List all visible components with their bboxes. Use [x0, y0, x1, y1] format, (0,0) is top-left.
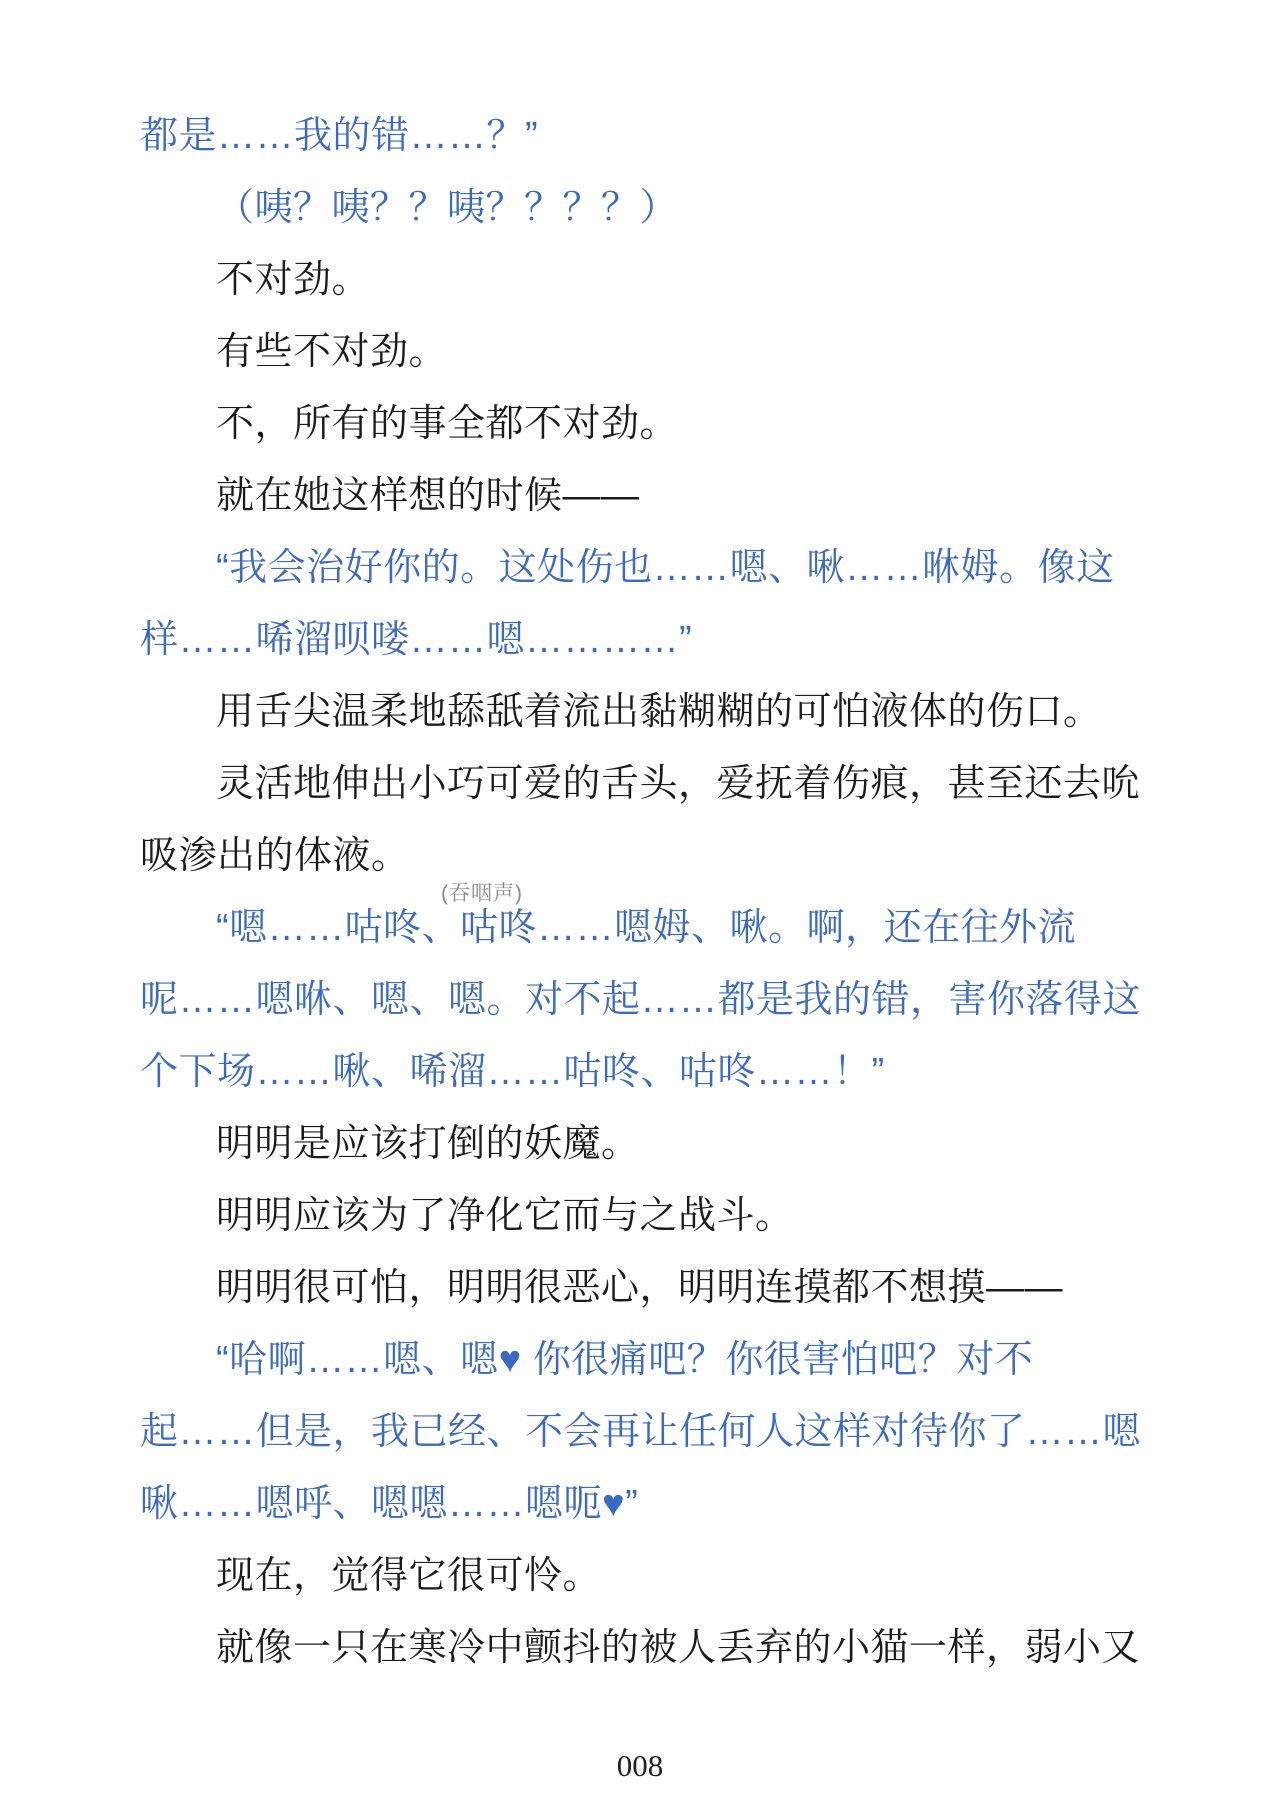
dialogue-line: “哈啊……嗯、嗯♥ 你很痛吧？你很害怕吧？对不 [140, 1324, 1150, 1396]
dialogue-line: 呢……嗯咻、嗯、嗯。对不起……都是我的错，害你落得这 [140, 964, 1150, 1036]
narration-line: 就在她这样想的时候—— [140, 460, 1150, 532]
narration-line: 不对劲。 [140, 244, 1150, 316]
page-number: 008 [0, 1748, 1280, 1784]
dialogue-line: 都是……我的错……？” [140, 100, 1150, 172]
dialogue-line: “嗯……咕咚、咕咚……嗯姆、啾。啊，还在往外流 [140, 892, 1150, 964]
dialogue-line: “我会治好你的。这处伤也……嗯、啾……咻姆。像这 [140, 532, 1150, 604]
dialogue-line: 啾……嗯呼、嗯嗯……嗯呃♥” [140, 1468, 1150, 1540]
narration-line: 灵活地伸出小巧可爱的舌头，爱抚着伤痕，甚至还去吮 [140, 748, 1150, 820]
narration-line: 明明应该为了净化它而与之战斗。 [140, 1180, 1150, 1252]
narration-line: 明明是应该打倒的妖魔。 [140, 1108, 1150, 1180]
sfx-annotation: (吞咽声) [441, 882, 523, 906]
inner-voice-line: （咦？咦？？咦？？？？） [140, 172, 1150, 244]
narration-line: 现在，觉得它很可怜。 [140, 1540, 1150, 1612]
novel-page: 都是……我的错……？” （咦？咦？？咦？？？？） 不对劲。 有些不对劲。 不，所… [0, 0, 1280, 1807]
narration-line: 不，所有的事全都不对劲。 [140, 388, 1150, 460]
page-text: 都是……我的错……？” （咦？咦？？咦？？？？） 不对劲。 有些不对劲。 不，所… [140, 100, 1150, 1684]
narration-line: 用舌尖温柔地舔舐着流出黏糊糊的可怕液体的伤口。 [140, 676, 1150, 748]
dialogue-line: 样……唏溜呗喽……嗯…………” [140, 604, 1150, 676]
dialogue-line: 个下场……啾、唏溜……咕咚、咕咚……！” [140, 1036, 1150, 1108]
narration-line: 就像一只在寒冷中颤抖的被人丢弃的小猫一样，弱小又 [140, 1612, 1150, 1684]
narration-line: 明明很可怕，明明很恶心，明明连摸都不想摸—— [140, 1252, 1150, 1324]
narration-line: 吸渗出的体液。 [140, 820, 1150, 892]
narration-line: 有些不对劲。 [140, 316, 1150, 388]
dialogue-line: 起……但是，我已经、不会再让任何人这样对待你了……嗯 [140, 1396, 1150, 1468]
